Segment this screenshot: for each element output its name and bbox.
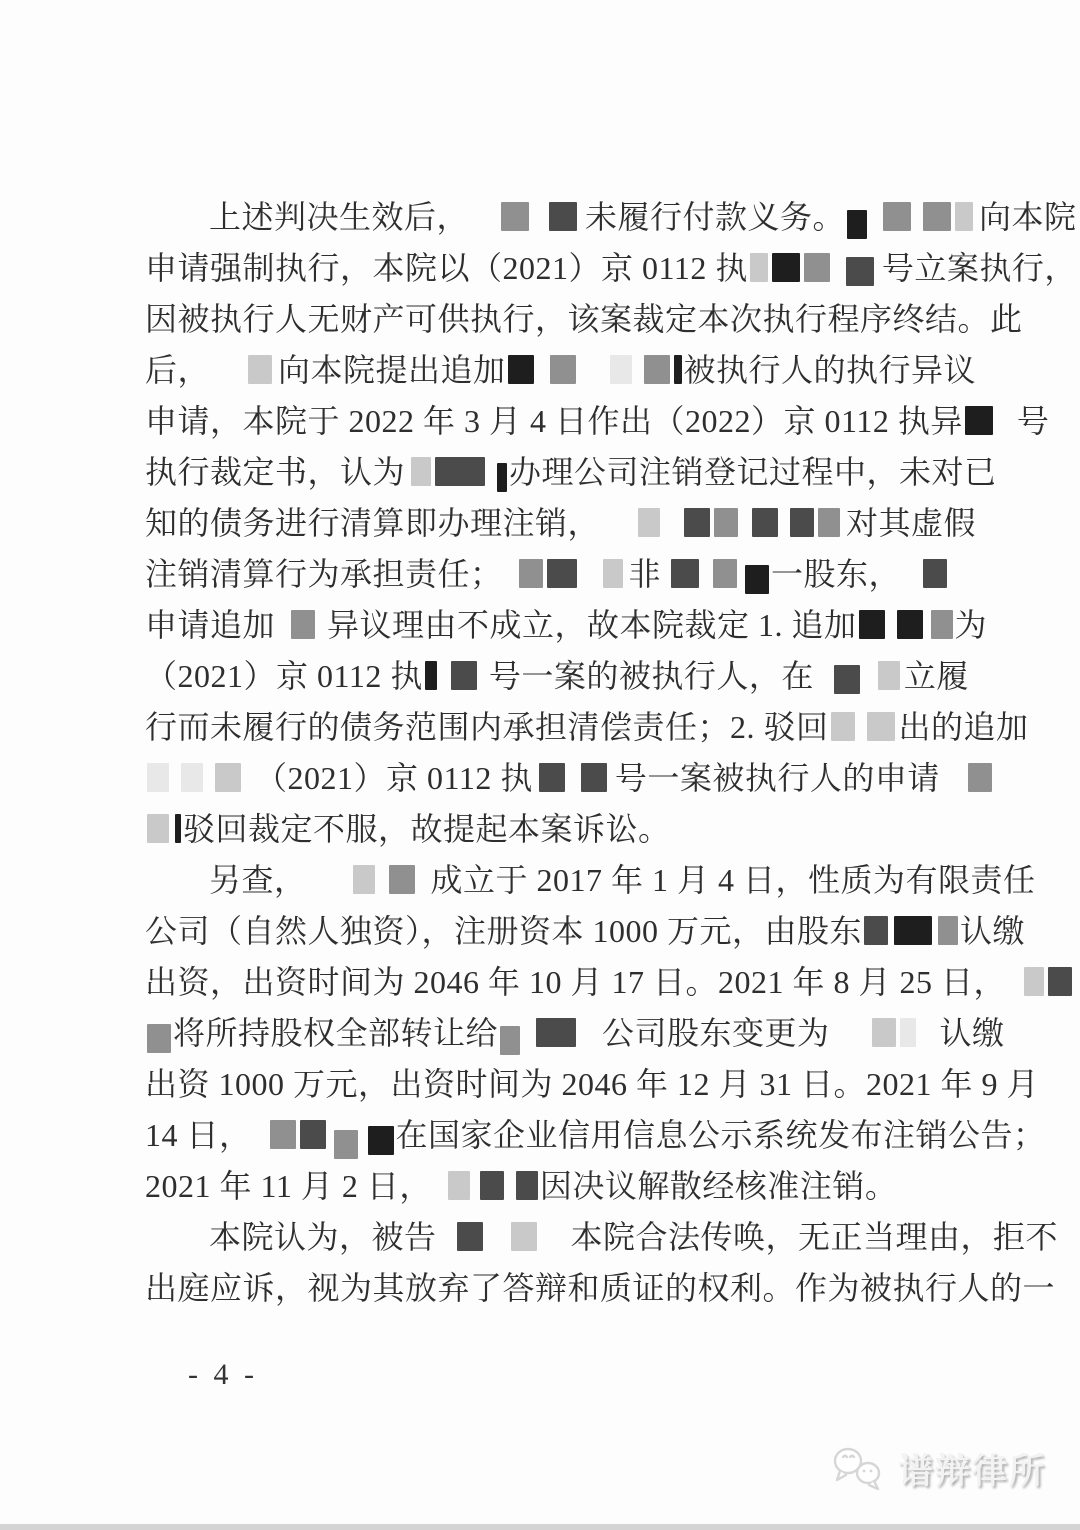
wechat-icon — [830, 1445, 888, 1493]
redaction-block — [411, 457, 431, 486]
watermark-label: 谱辩律所 — [898, 1444, 1046, 1494]
spacer — [328, 1138, 332, 1139]
redaction-block — [550, 355, 576, 384]
spacer — [814, 679, 832, 680]
spacer — [522, 1036, 534, 1037]
redaction-block — [368, 1126, 394, 1155]
line-text: 知的债务进行清算即办理注销， — [145, 505, 600, 541]
redaction-block — [831, 712, 855, 741]
spacer — [275, 628, 289, 629]
line-text: 未履行付款义务。 — [585, 199, 845, 235]
bottom-edge-strip — [0, 1524, 1080, 1530]
spacer — [862, 679, 876, 680]
redaction-block — [457, 1222, 483, 1251]
redaction-block — [955, 202, 973, 231]
redaction-block — [519, 559, 543, 588]
spacer — [485, 1240, 509, 1241]
spacer — [171, 832, 173, 833]
line-text: 申请强制执行，本院以（2021）京 0112 执 — [145, 250, 748, 286]
line-text: 上述判决生效后， — [209, 199, 469, 235]
spacer — [832, 271, 844, 272]
redaction-block — [818, 508, 840, 537]
redaction-block — [181, 763, 203, 792]
redaction-block — [547, 559, 577, 588]
redaction-block — [175, 814, 181, 843]
document-line: 2021 年 11 月 2 日，因决议解散经核准注销。 — [145, 1161, 1000, 1212]
line-text: 认缴 — [960, 913, 1025, 949]
redaction-block — [965, 406, 993, 435]
line-text: 号 — [1017, 403, 1050, 439]
redaction-block — [684, 508, 710, 537]
redaction-block — [147, 1024, 171, 1053]
redaction-block — [859, 610, 885, 639]
spacer — [437, 1240, 455, 1241]
spacer — [533, 781, 537, 782]
line-text: 执行裁定书，认为 — [145, 454, 405, 490]
spacer — [901, 577, 921, 578]
line-text: 认缴 — [940, 1015, 1005, 1051]
spacer — [578, 1036, 602, 1037]
line-text: 14 日， — [145, 1117, 252, 1153]
document-line: 后，向本院提出追加被执行人的执行异议 — [145, 345, 1000, 396]
redaction-block — [448, 1171, 470, 1200]
redaction-block — [500, 1026, 520, 1055]
line-text: 后， — [145, 352, 210, 388]
redaction-block — [931, 610, 953, 639]
spacer — [405, 475, 409, 476]
line-text: 一股东， — [771, 556, 901, 592]
spacer — [701, 577, 711, 578]
line-text: 出的追加 — [899, 709, 1029, 745]
redaction-block — [834, 665, 860, 694]
document-line: 出资，出资时间为 2046 年 10 月 17 日。2021 年 8 月 25 … — [145, 957, 1000, 1008]
spacer — [925, 628, 929, 629]
redaction-block — [867, 712, 895, 741]
redaction-block — [923, 202, 951, 231]
spacer — [780, 526, 788, 527]
document-line: 因被执行人无财产可供执行，该案裁定本次执行程序终结。此 — [145, 294, 1000, 345]
page-number: - 4 - — [188, 1358, 258, 1392]
spacer — [503, 577, 517, 578]
redaction-block — [938, 916, 958, 945]
line-text: （2021）京 0112 执 — [255, 760, 533, 796]
redaction-block — [894, 916, 932, 945]
redaction-block — [435, 457, 485, 486]
redaction-block — [804, 253, 830, 282]
redaction-block — [353, 865, 375, 894]
redaction-block — [497, 463, 507, 492]
spacer — [360, 1138, 366, 1139]
line-text: 立履 — [904, 658, 969, 694]
line-text: 将所持股权全部转让给 — [173, 1015, 498, 1051]
document-line: 出庭应诉，视为其放弃了答辩和质证的权利。作为被执行人的一 — [145, 1263, 1000, 1314]
line-text: 办理公司注销登记过程中，未对已 — [509, 454, 997, 490]
redaction-block — [581, 763, 607, 792]
spacer — [487, 475, 495, 476]
line-text: 本院认为，被告 — [209, 1219, 437, 1255]
document-line: 申请追加异议理由不成立，故本院裁定 1. 追加为 — [145, 600, 1000, 651]
redaction-block — [713, 559, 737, 588]
document-line: 14 日，在国家企业信用信息公示系统发布注销公告； — [145, 1110, 1000, 1161]
line-text: 因被执行人无财产可供执行，该案裁定本次执行程序终结。此 — [145, 301, 1023, 337]
spacer — [940, 781, 966, 782]
spacer — [913, 220, 921, 221]
spacer — [1006, 985, 1022, 986]
spacer — [539, 1240, 571, 1241]
spacer — [890, 934, 892, 935]
spacer — [887, 628, 895, 629]
spacer — [506, 1189, 514, 1190]
redaction-block — [878, 661, 900, 690]
redaction-block — [1048, 967, 1072, 996]
redaction-block — [501, 202, 529, 231]
redaction-block — [883, 202, 911, 231]
watermark: 谱辩律所 — [830, 1444, 1046, 1494]
redaction-block — [1024, 967, 1044, 996]
redaction-block — [215, 763, 241, 792]
line-text: 成立于 2017 年 1 月 4 日，性质为有限责任 — [431, 862, 1036, 898]
document-line: （2021）京 0112 执号一案的被执行人，在立履 — [145, 651, 1000, 702]
redaction-block — [549, 202, 577, 231]
line-text: 出庭应诉，视为其放弃了答辩和质证的权利。作为被执行人的一 — [145, 1270, 1055, 1306]
spacer — [252, 1138, 268, 1139]
spacer — [317, 628, 327, 629]
line-text: 驳回裁定不服，故提起本案诉讼。 — [183, 811, 671, 847]
spacer — [417, 883, 431, 884]
redaction-block — [968, 763, 992, 792]
spacer — [995, 424, 1017, 425]
document-line: （2021）京 0112 执号一案被执行人的申请 — [145, 753, 1000, 804]
spacer — [934, 934, 936, 935]
line-text: 公司（自然人独资），注册资本 1000 万元，由股东 — [145, 913, 862, 949]
redaction-block — [480, 1171, 504, 1200]
line-text: 为 — [955, 607, 988, 643]
line-text: 在国家企业信用信息公示系统发布注销公告； — [396, 1117, 1046, 1153]
redaction-block — [603, 559, 623, 588]
spacer — [205, 781, 213, 782]
redaction-block — [291, 610, 315, 639]
line-text: 出资 1000 万元，出资时间为 2046 年 12 月 31 日。2021 年… — [145, 1066, 1039, 1102]
redaction-block — [147, 814, 169, 843]
spacer — [634, 373, 642, 374]
redaction-block — [508, 355, 534, 384]
redaction-block — [745, 565, 769, 594]
spacer — [869, 220, 881, 221]
line-text: 异议理由不成立，故本院裁定 1. 追加 — [327, 607, 857, 643]
spacer — [830, 1036, 870, 1037]
redaction-block — [923, 559, 947, 588]
document-line: 执行裁定书，认为办理公司注销登记过程中，未对已 — [145, 447, 1000, 498]
document-line: 上述判决生效后，未履行付款义务。向本院 — [145, 192, 1000, 243]
document-line: 将所持股权全部转让给公司股东变更为认缴 — [145, 1008, 1000, 1059]
redaction-block — [511, 1222, 537, 1251]
redaction-block — [248, 355, 272, 384]
redaction-block — [900, 1018, 916, 1047]
redaction-block — [714, 508, 738, 537]
spacer — [857, 730, 865, 731]
redaction-block — [674, 355, 682, 384]
line-text: 对其虚假 — [846, 505, 976, 541]
redaction-block — [334, 1130, 358, 1159]
spacer — [210, 373, 246, 374]
spacer — [439, 679, 449, 680]
redaction-block — [897, 610, 923, 639]
line-text: 注销清算行为承担责任； — [145, 556, 503, 592]
document-line: 本院认为，被告本院合法传唤，无正当理由，拒不 — [145, 1212, 1000, 1263]
redaction-block — [147, 763, 169, 792]
redaction-block — [300, 1120, 326, 1149]
spacer — [243, 781, 255, 782]
spacer — [171, 781, 179, 782]
spacer — [472, 1189, 478, 1190]
redaction-block — [644, 355, 670, 384]
redaction-block — [425, 661, 437, 690]
line-text: 因决议解散经核准注销。 — [540, 1168, 898, 1204]
redaction-block — [516, 1171, 538, 1200]
spacer — [662, 526, 682, 527]
redaction-block — [790, 508, 814, 537]
line-text: 出资，出资时间为 2046 年 10 月 17 日。2021 年 8 月 25 … — [145, 964, 1006, 1000]
spacer — [307, 883, 351, 884]
redaction-block — [752, 508, 778, 537]
line-text: 向本院 — [979, 199, 1077, 235]
spacer — [469, 220, 499, 221]
spacer — [739, 577, 743, 578]
spacer — [567, 781, 579, 782]
redaction-block — [539, 763, 565, 792]
redaction-block — [610, 355, 632, 384]
line-text: 本院合法传唤，无正当理由，拒不 — [571, 1219, 1059, 1255]
redaction-block — [389, 865, 415, 894]
document-line: 申请强制执行，本院以（2021）京 0112 执号立案执行， — [145, 243, 1000, 294]
line-text: 申请，本院于 2022 年 3 月 4 日作出（2022）京 0112 执异 — [145, 403, 963, 439]
spacer — [432, 1189, 446, 1190]
redaction-block — [451, 661, 477, 690]
redaction-block — [638, 508, 660, 537]
spacer — [536, 373, 548, 374]
line-text: 号立案执行， — [882, 250, 1077, 286]
line-text: 公司股东变更为 — [602, 1015, 830, 1051]
spacer — [377, 883, 387, 884]
line-text: 号一案被执行人的申请 — [615, 760, 940, 796]
redaction-block — [846, 257, 874, 286]
line-text: 号一案的被执行人，在 — [489, 658, 814, 694]
document-line: 注销清算行为承担责任；非一股东， — [145, 549, 1000, 600]
line-text: （2021）京 0112 执 — [145, 658, 423, 694]
spacer — [918, 1036, 940, 1037]
document-line: 公司（自然人独资），注册资本 1000 万元，由股东认缴 — [145, 906, 1000, 957]
document-line: 出资 1000 万元，出资时间为 2046 年 12 月 31 日。2021 年… — [145, 1059, 1000, 1110]
line-text: 被执行人的执行异议 — [684, 352, 977, 388]
spacer — [740, 526, 750, 527]
redaction-block — [536, 1018, 576, 1047]
redaction-block — [847, 210, 867, 239]
redaction-block — [864, 916, 888, 945]
document-line: 申请，本院于 2022 年 3 月 4 日作出（2022）京 0112 执异号 — [145, 396, 1000, 447]
document-line: 知的债务进行清算即办理注销，对其虚假 — [145, 498, 1000, 549]
spacer — [600, 526, 636, 527]
spacer — [531, 220, 547, 221]
redaction-block — [671, 559, 699, 588]
line-text: 非 — [629, 556, 662, 592]
document-line: 另查，成立于 2017 年 1 月 4 日，性质为有限责任 — [145, 855, 1000, 906]
spacer — [661, 577, 669, 578]
document-line: 驳回裁定不服，故提起本案诉讼。 — [145, 804, 1000, 855]
line-text: 另查， — [209, 862, 307, 898]
document-line: 行而未履行的债务范围内承担清偿责任；2. 驳回出的追加 — [145, 702, 1000, 753]
line-text: 申请追加 — [145, 607, 275, 643]
redaction-block — [750, 253, 768, 282]
redaction-block — [772, 253, 800, 282]
redaction-block — [270, 1120, 296, 1149]
spacer — [579, 577, 601, 578]
document-body: 上述判决生效后，未履行付款义务。向本院申请强制执行，本院以（2021）京 011… — [145, 192, 1000, 1314]
spacer — [578, 373, 608, 374]
spacer — [479, 679, 489, 680]
line-text: 2021 年 11 月 2 日， — [145, 1168, 432, 1204]
line-text: 行而未履行的债务范围内承担清偿责任；2. 驳回 — [145, 709, 829, 745]
line-text: 向本院提出追加 — [278, 352, 506, 388]
redaction-block — [872, 1018, 896, 1047]
